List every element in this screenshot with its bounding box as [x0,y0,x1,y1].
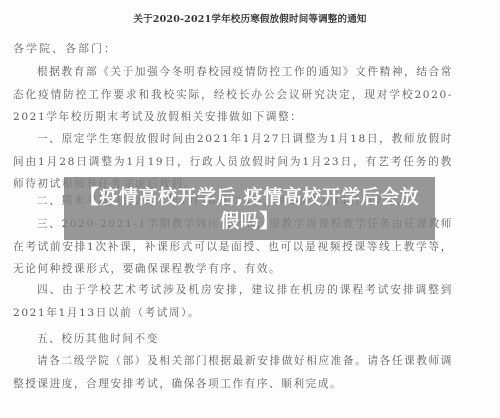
paragraph-closing: 请各二级学院（部）及相关部门根据最新安排做好相应准备。请各任课教师调整授课进度，… [13,350,453,395]
headline-overlay: 【疫情高校开学后,疫情高校开学后会放假吗】 [64,177,435,240]
overlay-headline: 【疫情高校开学后,疫情高校开学后会放假吗】 [80,185,420,233]
paragraph-item-4: 四、由于学校艺术考试涉及机房安排，建议排在机房的课程考试安排调整到2021年1月… [13,279,453,324]
paragraph-intro: 根据教育部《关于加强今冬明春校园疫情防控工作的通知》文件精神，结合常态化疫情防控… [13,61,453,129]
document-title: 关于2020-2021学年校历寒假放假时间等调整的通知 [0,11,500,25]
paragraph-item-5: 五、校历其他时间不变 [13,328,453,351]
salutation: 各学院、各部门： [13,40,117,56]
